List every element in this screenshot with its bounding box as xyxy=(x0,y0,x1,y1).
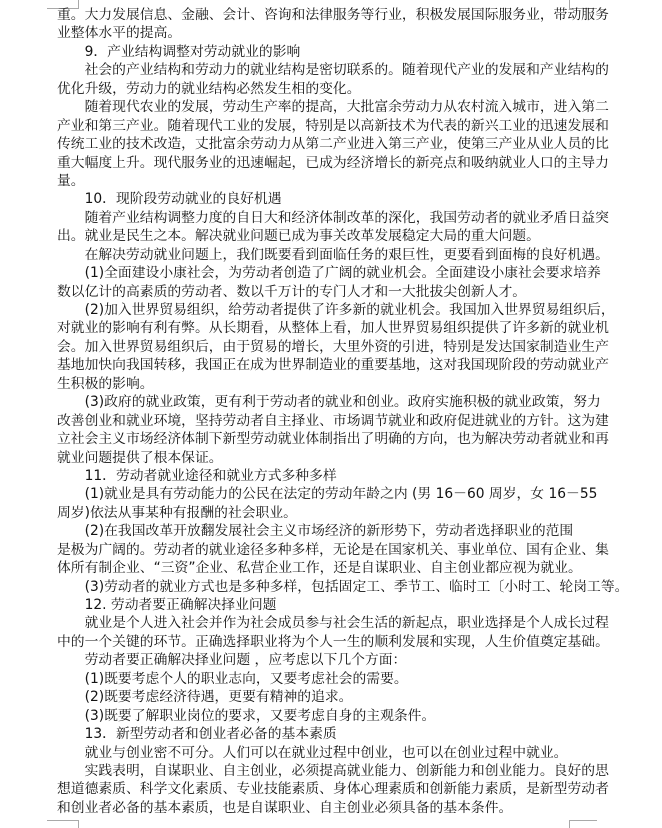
text-line: (2)加入世界贸易组织，给劳动者提供了许多新的就业机会。我国加入世界贸易组织后， xyxy=(57,301,611,319)
section-heading: 13．新型劳动者和创业者必备的基本素质 xyxy=(57,725,611,743)
text-line: (2)既要考虑经济待遇，更要有精神的追求。 xyxy=(57,688,611,706)
text-line: 和创业者必备的基本素质，也是自谋职业、自主创业必须具备的基本条件。 xyxy=(57,799,611,817)
section-heading: 12. 劳动者要正确解决择业问题 xyxy=(57,596,611,614)
text-line: 劳动者要正确解决择业问题 ，应考虑以下几个方面： xyxy=(57,651,611,669)
paragraph: (1)全面建设小康社会，为劳动者创造了广阔的就业机会。全面建设小康社会要求培养数… xyxy=(57,264,611,301)
paragraph: (1)就业是具有劳动能力的公民在法定的劳动年龄之内 (男 16－60 周岁，女 … xyxy=(57,485,611,522)
text-line: 重。大力发展信息、金融、会计、咨询和法律服务等行业，积极发展国际服务业，带动服务 xyxy=(57,6,611,24)
text-line: 在解决劳动就业问题上，我们既要看到面临任务的艰巨性，更要看到面梅的良好机遇。 xyxy=(57,246,611,264)
text-line: 随着现代农业的发展，劳动生产率的提高，大批富余劳动力从农村流入城市，进入第二 xyxy=(57,98,611,116)
section-heading: 10．现阶段劳动就业的良好机遇 xyxy=(57,190,611,208)
text-line: 会。加入世界贸易组织后，由于贸易的增长，大里外资的引进，特别是发达国家制造业生产 xyxy=(57,338,611,356)
text-line: 是极为广阔的。劳动者的就业途径多种多样，无论是在国家机关、事业单位、国有企业、集 xyxy=(57,541,611,559)
text-line: (1)就业是具有劳动能力的公民在法定的劳动年龄之内 (男 16－60 周岁，女 … xyxy=(57,485,611,503)
text-line: (2)在我国改革开放翻发展社会主义市场经济的新形势下，劳动者选择职业的范围 xyxy=(57,522,611,540)
text-line: 实践表明，自谋职业、自主创业，必须提高就业能力、创新能力和创业能力。良好的思 xyxy=(57,762,611,780)
text-line: 体所有制企业、“三资”企业、私营企业工作，还是自谋职业、自主创业都应视为就业。 xyxy=(57,559,611,577)
text-line: 产业和第三产业。随着现代工业的发展，特别是以高新技术为代表的新兴工业的迅速发展和 xyxy=(57,117,611,135)
text-line: 想道德素质、科学文化素质、专业技能素质、身体心理素质和创新能力素质，是新型劳动者 xyxy=(57,780,611,798)
text-line: 11．劳动者就业途径和就业方式多种多样 xyxy=(57,467,611,485)
paragraph: 实践表明，自谋职业、自主创业，必须提高就业能力、创新能力和创业能力。良好的思想道… xyxy=(57,762,611,817)
text-line: 量。 xyxy=(57,172,611,190)
text-line: 周岁)依法从事某种有报酬的社会职业。 xyxy=(57,504,611,522)
paragraph: 重。大力发展信息、金融、会计、咨询和法律服务等行业，积极发展国际服务业，带动服务… xyxy=(57,6,611,43)
text-line: 中的一个关键的环节。正确选择职业将为个人一生的顺利发展和实现，人生价值奠定基础。 xyxy=(57,633,611,651)
text-area: 重。大力发展信息、金融、会计、咨询和法律服务等行业，积极发展国际服务业，带动服务… xyxy=(57,6,611,817)
text-line: (3)政府的就业政策，更有利于劳动者的就业和创业。政府实施积极的就业政策，努力 xyxy=(57,393,611,411)
text-line: 就业是个人进入社会并作为社会成员参与社会生活的新起点，职业选择是个人成长过程 xyxy=(57,614,611,632)
paragraph: 随着产业结构调整力度的自日大和经济体制改革的深化，我国劳动者的就业矛盾日益突出。… xyxy=(57,209,611,246)
paragraph: (1)既要考虑个人的职业志向，又要考虑社会的需要。 xyxy=(57,670,611,688)
paragraph: 就业是个人进入社会并作为社会成员参与社会生活的新起点，职业选择是个人成长过程中的… xyxy=(57,614,611,651)
text-line: 10．现阶段劳动就业的良好机遇 xyxy=(57,190,611,208)
text-line: 立社会主义市场经济体制下新型劳动就业体制指出了明确的方向，也为解决劳动者就业和再 xyxy=(57,430,611,448)
text-line: 基地加快向我国转移，我国正在成为世界制造业的重要基地，这对我国现阶段的劳动就业产 xyxy=(57,356,611,374)
text-line: 9．产业结构调整对劳动就业的影响 xyxy=(57,43,611,61)
text-line: (1)全面建设小康社会，为劳动者创造了广阔的就业机会。全面建设小康社会要求培养 xyxy=(57,264,611,282)
text-line: 业整体水平的提高。 xyxy=(57,24,611,42)
paragraph: (3)劳动者的就业方式也是多种多样，包括固定工、季节工、临时工〔小时工、轮岗工等… xyxy=(57,578,611,596)
text-line: 改善创业和就业环境，坚持劳动者自主择业、市场调节就业和政府促进就业的方针。这为建 xyxy=(57,412,611,430)
paragraph: 社会的产业结构和劳动力的就业结构是密切联系的。随着现代产业的发展和产业结构的优化… xyxy=(57,61,611,98)
text-line: 数以亿计的高素质的劳动者、数以千万计的专门人才和一大批拔尖创新人才。 xyxy=(57,283,611,301)
section-heading: 11．劳动者就业途径和就业方式多种多样 xyxy=(57,467,611,485)
text-line: 12. 劳动者要正确解决择业问题 xyxy=(57,596,611,614)
text-line: 就业问题提供了根本保证。 xyxy=(57,449,611,467)
text-line: 就业与创业密不可分。人们可以在就业过程中创业，也可以在创业过程中就业。 xyxy=(57,744,611,762)
paragraph: 就业与创业密不可分。人们可以在就业过程中创业，也可以在创业过程中就业。 xyxy=(57,744,611,762)
paragraph: (2)既要考虑经济待遇，更要有精神的追求。 xyxy=(57,688,611,706)
text-line: 重大幅度上升。现代服务业的迅速崛起，已成为经济增长的新亮点和吸纳就业人口的主导力 xyxy=(57,154,611,172)
document-page: 重。大力发展信息、金融、会计、咨询和法律服务等行业，积极发展国际服务业，带动服务… xyxy=(0,0,662,828)
text-line: (3)劳动者的就业方式也是多种多样，包括固定工、季节工、临时工〔小时工、轮岗工等… xyxy=(57,578,611,596)
paragraph: (2)在我国改革开放翻发展社会主义市场经济的新形势下，劳动者选择职业的范围是极为… xyxy=(57,522,611,577)
text-line: 出。就业是民生之本。解决就业问题已成为事关改革发展稳定大局的重大问题。 xyxy=(57,227,611,245)
paragraph: 在解决劳动就业问题上，我们既要看到面临任务的艰巨性，更要看到面梅的良好机遇。 xyxy=(57,246,611,264)
paragraph: (3)既要了解职业岗位的要求，又要考虑自身的主观条件。 xyxy=(57,707,611,725)
text-line: 社会的产业结构和劳动力的就业结构是密切联系的。随着现代产业的发展和产业结构的 xyxy=(57,61,611,79)
text-line: 优化升级，劳动力的就业结构必然发生相的变化。 xyxy=(57,80,611,98)
paragraph: (2)加入世界贸易组织，给劳动者提供了许多新的就业机会。我国加入世界贸易组织后，… xyxy=(57,301,611,393)
text-line: (1)既要考虑个人的职业志向，又要考虑社会的需要。 xyxy=(57,670,611,688)
text-line: 生积极的影响。 xyxy=(57,375,611,393)
text-line: 传统工业的技术改造，丈批富余劳动力从第二产业进入第三产业，使第三产业从业人员的比 xyxy=(57,135,611,153)
text-line: 对就业的影响有利有弊。从长期看，从整体上看，加人世界贸易组织提供了许多新的就业机 xyxy=(57,319,611,337)
paragraph: (3)政府的就业政策，更有利于劳动者的就业和创业。政府实施积极的就业政策，努力改… xyxy=(57,393,611,467)
text-line: 随着产业结构调整力度的自日大和经济体制改革的深化，我国劳动者的就业矛盾日益突 xyxy=(57,209,611,227)
text-line: (3)既要了解职业岗位的要求，又要考虑自身的主观条件。 xyxy=(57,707,611,725)
paragraph: 随着现代农业的发展，劳动生产率的提高，大批富余劳动力从农村流入城市，进入第二产业… xyxy=(57,98,611,190)
text-line: 13．新型劳动者和创业者必备的基本素质 xyxy=(57,725,611,743)
section-heading: 9．产业结构调整对劳动就业的影响 xyxy=(57,43,611,61)
paragraph: 劳动者要正确解决择业问题 ，应考虑以下几个方面： xyxy=(57,651,611,669)
